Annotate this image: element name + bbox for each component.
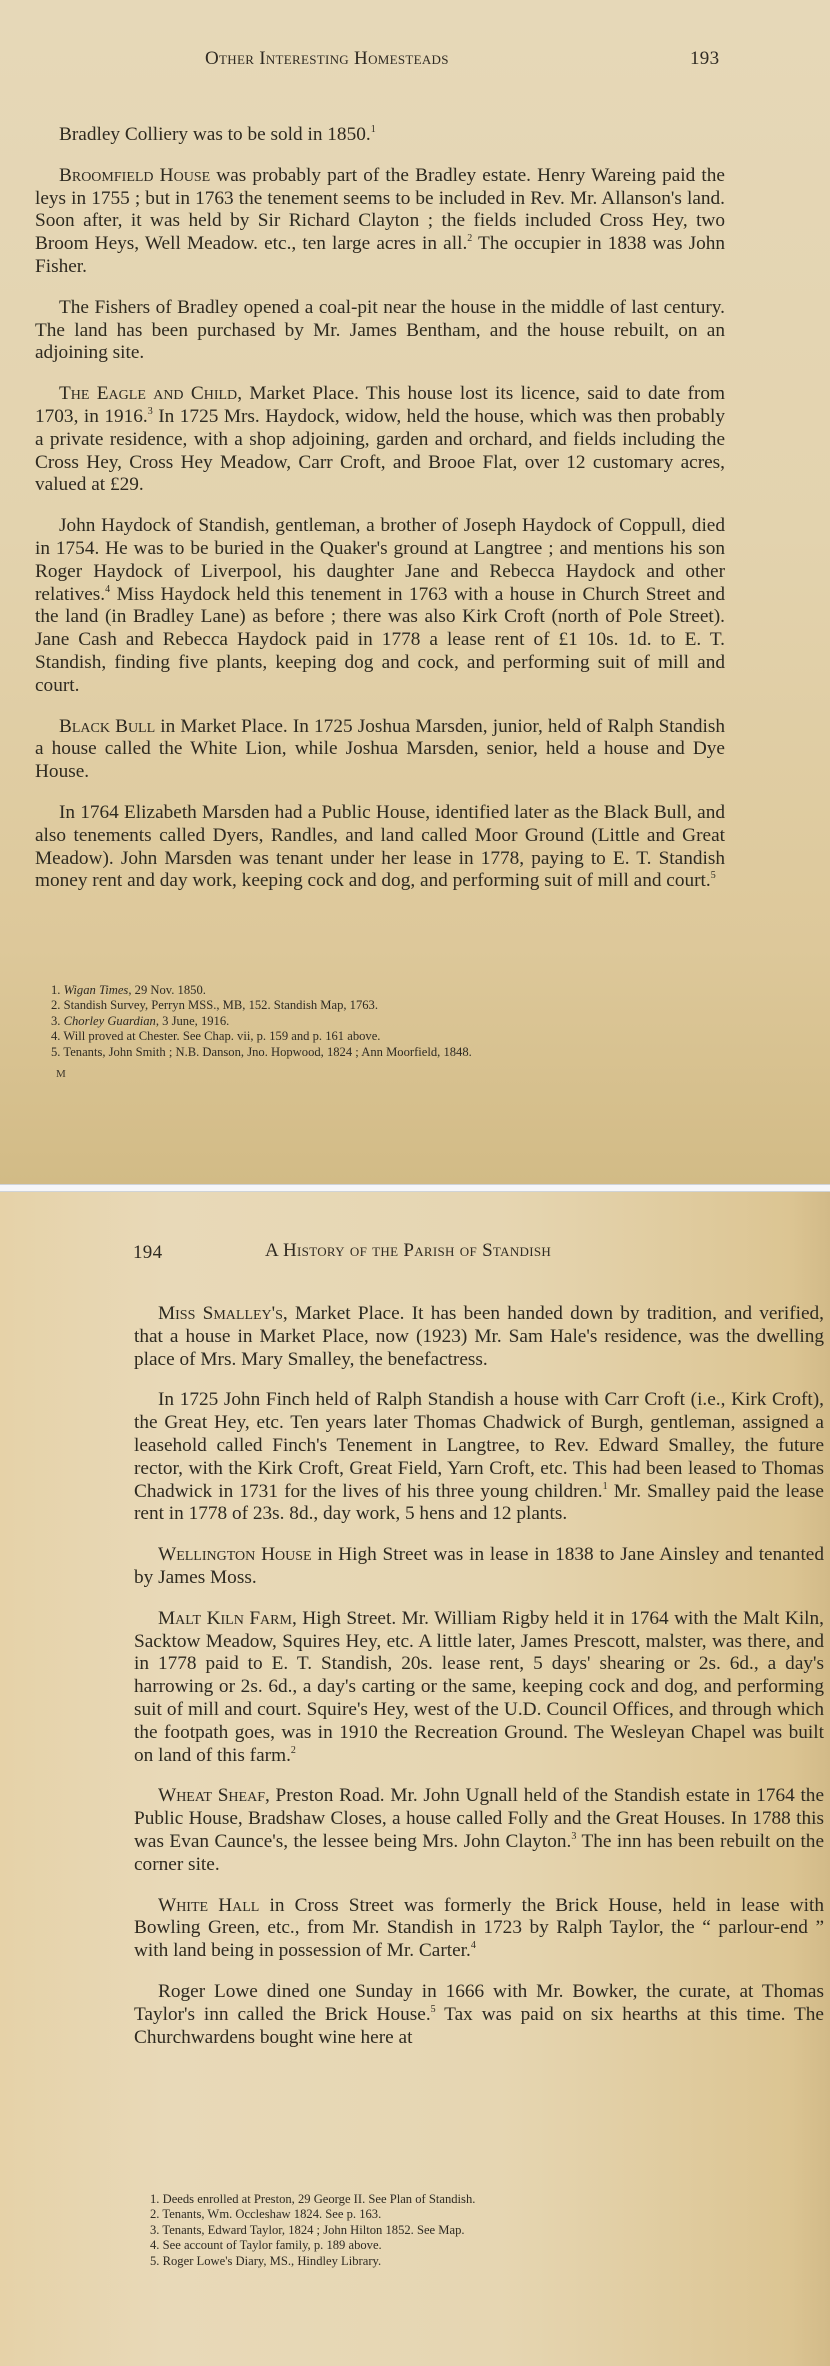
running-head: A History of the Parish of Standish (265, 1240, 551, 1262)
paragraph: Roger Lowe dined one Sunday in 1666 with… (134, 1981, 824, 2049)
footnote: 5. Tenants, John Smith ; N.B. Danson, Jn… (51, 1045, 472, 1060)
footnote-ref[interactable]: 4 (471, 1940, 476, 1951)
footnote: 2. Standish Survey, Perryn MSS., MB, 152… (51, 998, 472, 1013)
footnotes: 1. Wigan Times, 29 Nov. 1850. 2. Standis… (51, 983, 472, 1060)
book-page-194: 194 A History of the Parish of Standish … (0, 1192, 830, 2366)
paragraph: In 1725 John Finch held of Ralph Standis… (134, 1389, 824, 1526)
footnote-ref[interactable]: 1 (371, 124, 376, 135)
footnote: 5. Roger Lowe's Diary, MS., Hindley Libr… (150, 2254, 475, 2269)
paragraph: Miss Smalley's, Market Place. It has bee… (134, 1303, 824, 1371)
paragraph: Malt Kiln Farm, High Street. Mr. William… (134, 1608, 824, 1768)
page-number: 194 (133, 1242, 162, 1264)
paragraph: Wheat Sheaf, Preston Road. Mr. John Ugna… (134, 1785, 824, 1876)
footnote: 4. See account of Taylor family, p. 189 … (150, 2238, 475, 2253)
page-separator (0, 1184, 830, 1192)
footnote: 3. Tenants, Edward Taylor, 1824 ; John H… (150, 2223, 475, 2238)
paragraph: Wellington House in High Street was in l… (134, 1544, 824, 1590)
paragraph: Broomfield House was probably part of th… (35, 165, 725, 279)
paragraph: The Fishers of Bradley opened a coal-pit… (35, 297, 725, 365)
footnotes: 1. Deeds enrolled at Preston, 29 George … (150, 2192, 475, 2269)
paragraph: Bradley Colliery was to be sold in 1850.… (35, 124, 725, 147)
paragraph: White Hall in Cross Street was formerly … (134, 1895, 824, 1963)
footnote-ref[interactable]: 2 (291, 1745, 296, 1756)
footnote-ref[interactable]: 5 (711, 870, 716, 881)
book-page-193: Other Interesting Homesteads 193 Bradley… (0, 0, 830, 1184)
page-number: 193 (690, 48, 719, 70)
footnote: 1. Wigan Times, 29 Nov. 1850. (51, 983, 472, 998)
paragraph: Black Bull in Market Place. In 1725 Josh… (35, 716, 725, 784)
running-head: Other Interesting Homesteads (205, 48, 449, 70)
footnote: 4. Will proved at Chester. See Chap. vii… (51, 1029, 472, 1044)
paragraph: John Haydock of Standish, gentleman, a b… (35, 515, 725, 697)
paragraph: In 1764 Elizabeth Marsden had a Public H… (35, 802, 725, 893)
footnote: 2. Tenants, Wm. Occleshaw 1824. See p. 1… (150, 2207, 475, 2222)
page-body: Bradley Colliery was to be sold in 1850.… (35, 124, 725, 911)
signature-mark: M (56, 1068, 66, 1080)
paragraph: The Eagle and Child, Market Place. This … (35, 383, 725, 497)
page-body: Miss Smalley's, Market Place. It has bee… (134, 1303, 824, 2055)
footnote: 1. Deeds enrolled at Preston, 29 George … (150, 2192, 475, 2207)
footnote: 3. Chorley Guardian, 3 June, 1916. (51, 1014, 472, 1029)
